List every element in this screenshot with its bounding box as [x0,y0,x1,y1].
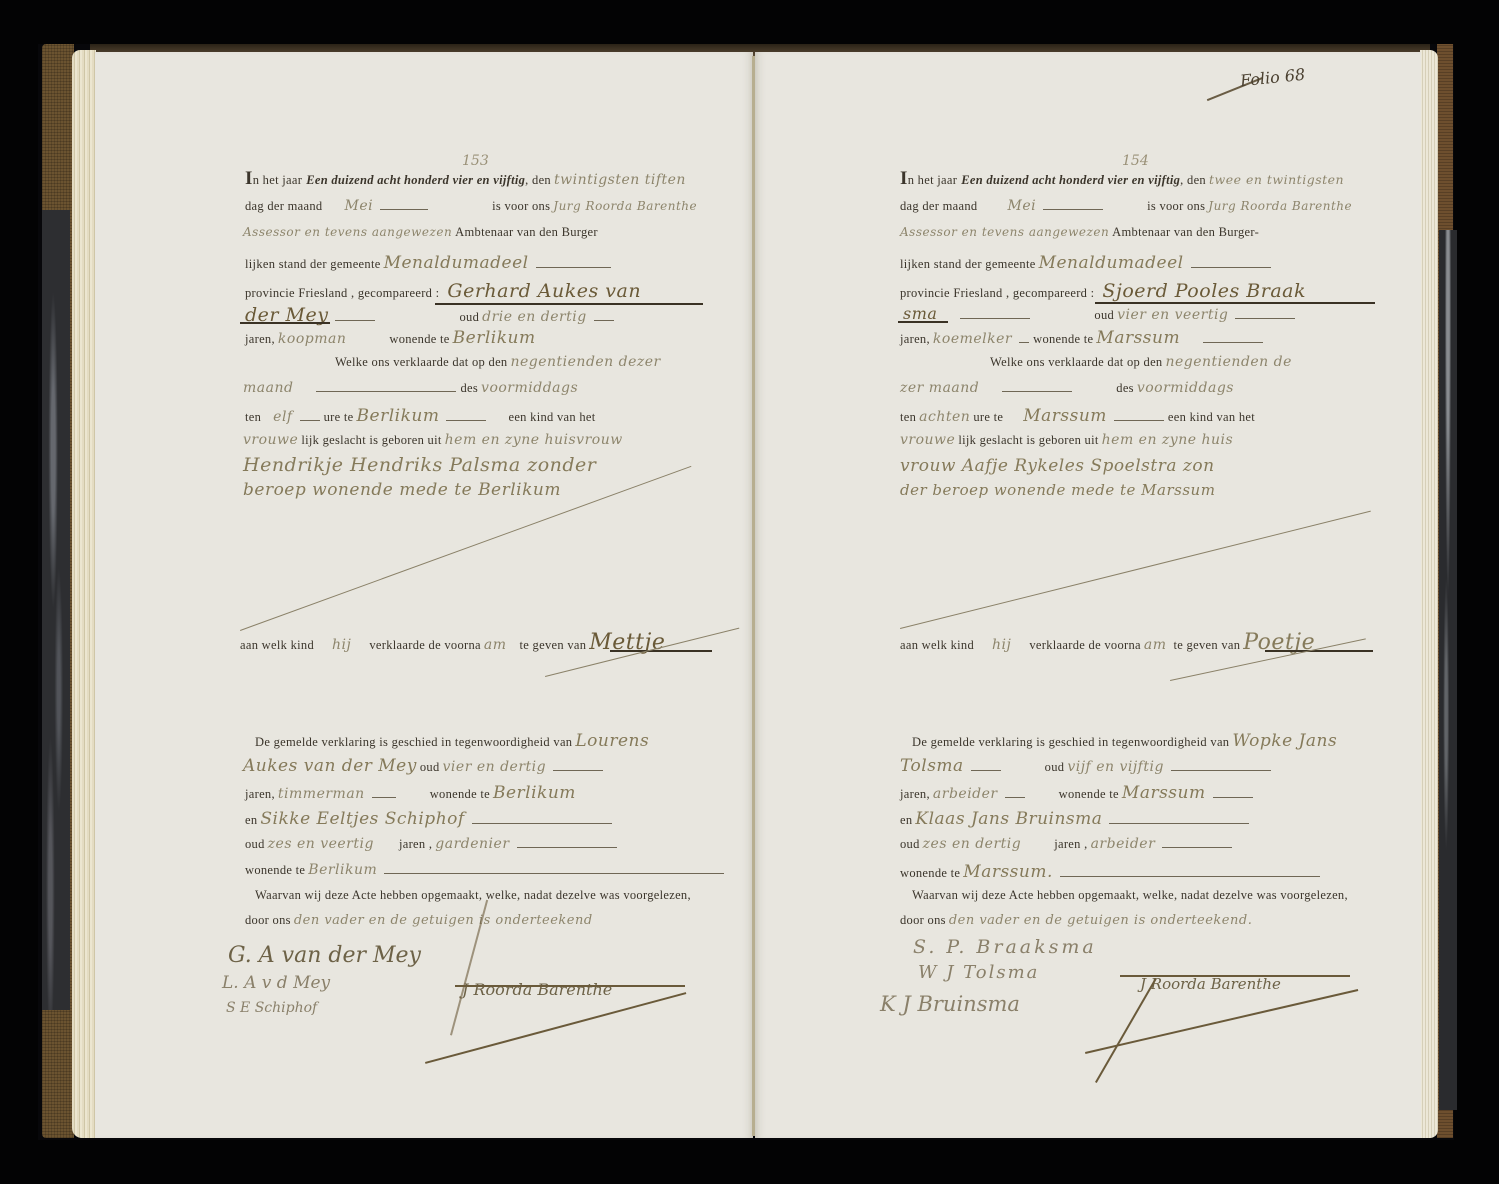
act-line-5: provincie Friesland , gecompareerd : Ger… [245,280,644,302]
witness-line-4: en Klaas Jans Bruinsma [900,809,1253,829]
signature-witness-1: W J Tolsma [918,962,1039,983]
act-line-4: lijken stand der gemeente Menaldumadeel [900,253,1275,273]
act-line-2: dag der maand Mei is voor ons Jurg Roord… [245,198,700,214]
act-line-3: Assessor en tevens aangewezen Ambtenaar … [897,225,1259,240]
name-line: aan welk kind hij verklaarde de voorna a… [240,630,668,655]
act-line-11: vrouwe lijk geslacht is geboren uit hem … [240,432,626,448]
act-line-7: jaren, koopman wonende te Berlikum [245,328,539,348]
child-name-underline [610,650,712,652]
signature-witness-2: S E Schiphof [226,1000,317,1016]
act-line-12: vrouw Aafje Rykeles Spoelstra zon [897,456,1218,476]
closing-line-2: door ons den vader en de getuigen is ond… [900,913,1255,928]
act-line-1: I n het jaar Een duizend acht honderd vi… [245,168,689,190]
act-line-9: zer maand des voormiddags [897,380,1237,396]
act-line-9: maand des voormiddags [240,380,581,396]
left-page [95,52,753,1138]
act-number: 153 [462,153,489,169]
act-line-10: ten achten ure te Marssum een kind van h… [900,406,1255,426]
page-block-edge-left [72,50,96,1138]
marbled-board-left [42,210,70,1010]
witness-line-2: Aukes van der Mey oud vier en dertig [240,756,607,776]
signature-official: J Roorda Barenthe [462,980,612,999]
witness-line-1: De gemelde verklaring is geschied in teg… [255,731,652,751]
signature-declarant: S. P. Braaksma [913,936,1097,958]
witness-line-3: jaren, arbeider wonende te Marssum [900,783,1257,803]
witness-line-6: wonende te Marssum. [900,862,1324,882]
act-number: 154 [1122,153,1149,169]
act-line-8: Welke ons verklaarde dat op den negentie… [990,354,1295,370]
act-line-1: I n het jaar Een duizend acht honderd vi… [900,168,1347,190]
act-line-2: dag der maand Mei is voor ons Jurg Roord… [900,198,1355,214]
act-line-12: Hendrikje Hendriks Palsma zonder [240,454,599,476]
closing-line-1: Waarvan wij deze Acte hebben opgemaakt, … [255,888,691,903]
witness-line-5: oud zes en veertig jaren , gardenier [245,836,621,852]
act-line-4: lijken stand der gemeente Menaldumadeel [245,253,615,273]
signature-witness-2: K J Bruinsma [880,992,1020,1016]
book-gutter [752,56,755,1136]
signature-official: J Roorda Barenthe [1140,975,1281,993]
act-line-13: beroep wonende mede te Berlikum [240,480,564,500]
act-line-6: sma oud vier en veertig [900,304,1299,323]
page-block-edge-right [1420,50,1438,1138]
act-line-3: Assessor en tevens aangewezen Ambtenaar … [240,225,598,240]
signature-flourish-1 [455,985,685,987]
act-line-10: ten elf ure te Berlikum een kind van het [245,406,596,426]
closing-line-1: Waarvan wij deze Acte hebben opgemaakt, … [912,888,1348,903]
closing-line-2: door ons den vader en de getuigen is ond… [245,913,596,928]
name-line: aan welk kind hij verklaarde de voorna a… [900,630,1318,655]
declarant-underline-2 [898,321,948,323]
witness-line-4: en Sikke Eeltjes Schiphof [245,809,616,829]
witness-line-2: Tolsma oud vijf en vijftig [897,756,1275,776]
signature-declarant: G. A van der Mey [228,943,421,968]
act-line-5: provincie Friesland , gecompareerd : Sjo… [900,280,1309,302]
witness-line-5: oud zes en dertig jaren , arbeider [900,836,1236,852]
act-line-7: jaren, koemelker wonende te Marssum [900,328,1267,348]
witness-line-6: wonende te Berlikum [245,862,728,878]
signature-witness-1: L. A v d Mey [222,973,330,993]
act-line-11: vrouwe lijk geslacht is geboren uit hem … [897,432,1236,448]
act-line-13: der beroep wonende mede te Marssum [897,481,1218,499]
declarant-underline-2 [240,322,330,324]
witness-line-3: jaren, timmerman wonende te Berlikum [245,783,579,803]
child-name-underline [1265,650,1373,652]
act-line-8: Welke ons verklaarde dat op den negentie… [335,354,664,370]
marbled-board-right [1439,230,1457,1110]
signature-flourish-1 [1120,975,1350,977]
witness-line-1: De gemelde verklaring is geschied in teg… [912,731,1340,751]
